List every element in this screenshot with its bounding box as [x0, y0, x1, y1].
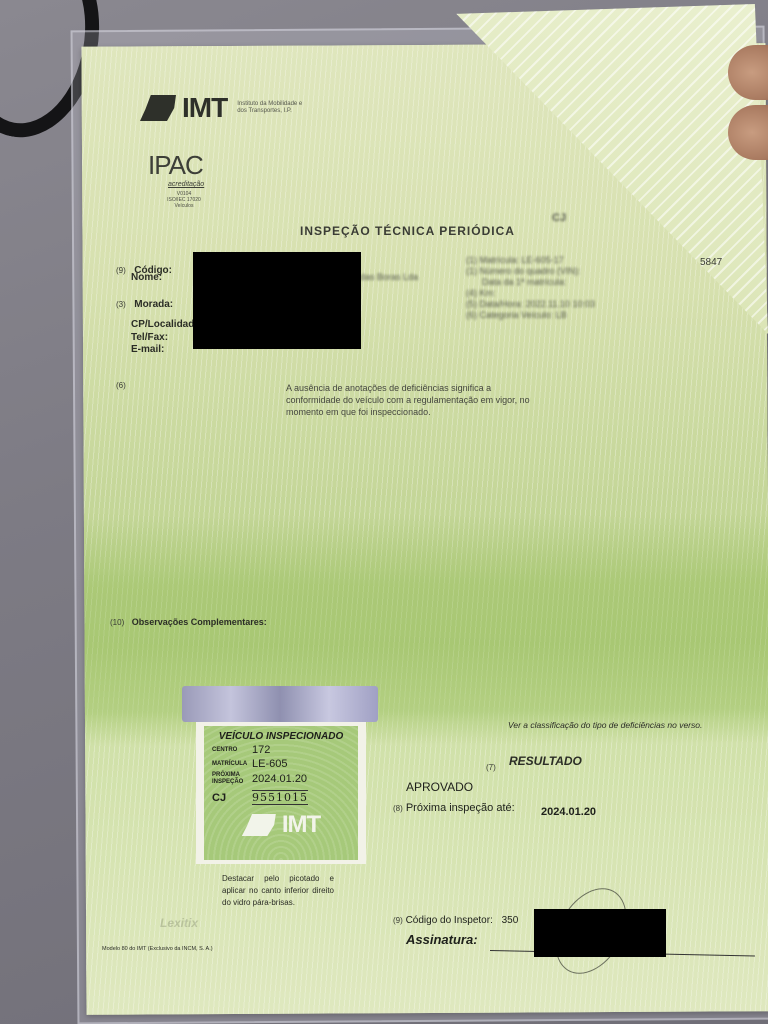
field-number: (10) [110, 618, 124, 627]
owner-field-tel-fax: Tel/Fax: [131, 332, 168, 343]
sticker-key: CENTRO [212, 747, 246, 754]
result-heading: RESULTADO [509, 754, 582, 768]
line-value: LB [556, 310, 567, 320]
imt-logo: IMT Instituto da Mobilidade e dos Transp… [140, 92, 307, 124]
vin-tail: 5847 [700, 257, 722, 268]
vehicle-details: (1) Matrícula: LE-605-17 (1) Número do q… [466, 255, 595, 321]
vehicle-line: (1) Número do quadro (VIN): [466, 266, 595, 277]
watermark: Lexitix [160, 916, 198, 930]
inspector-code-value: 350 [502, 915, 519, 926]
sticker-key: CJ [212, 792, 246, 804]
sticker-key-line: PRÓXIMA [212, 772, 240, 778]
sticker-row-centro: CENTRO 172 [212, 744, 350, 756]
ipac-code: Veículos [164, 203, 204, 209]
ipac-accreditation-logo: IPAC acreditação V0104 ISO/IEC 17020 Veí… [148, 150, 218, 209]
sticker-key-line: INSPEÇÃO [212, 779, 243, 785]
next-inspection-date: 2024.01.20 [541, 806, 596, 818]
field-label: Morada: [134, 299, 173, 310]
line-value: 2022.11.10 10:03 [526, 299, 595, 309]
redaction-box-owner [193, 252, 361, 349]
line-number: (1) [466, 266, 477, 276]
sticker-value: LE-605 [252, 758, 287, 770]
line-label: Número do quadro (VIN): [480, 266, 581, 276]
hologram-strip [182, 686, 378, 722]
imt-logo-subtitle: Instituto da Mobilidade e dos Transporte… [237, 101, 307, 115]
imt-logo-word: IMT [182, 92, 227, 124]
vehicle-line: Data da 1ª matrícula: [466, 277, 595, 288]
field-number: (9) [116, 266, 126, 275]
line-label: Data da 1ª matrícula: [482, 277, 566, 287]
line-number: (6) [466, 310, 477, 320]
sticker-value: 172 [252, 744, 270, 756]
line-number: (1) [466, 255, 477, 265]
owner-field-cp-localidade: CP/Localidade [131, 319, 200, 330]
deficiencies-number: (6) [116, 381, 126, 390]
owner-field-morada: (3) Morada: [116, 294, 173, 312]
result-number: (7) [486, 763, 496, 772]
field-number: (8) [393, 804, 403, 813]
vehicle-line: (4) Km: [466, 288, 595, 299]
line-value: LE-605-17 [522, 255, 564, 265]
field-label: Próxima inspeção até: [406, 802, 515, 814]
owner-name-partial: das Boras Lda [360, 272, 418, 282]
imt-logo-icon [242, 814, 276, 836]
sticker-logo-word: IMT [282, 811, 320, 839]
line-number: (5) [466, 299, 477, 309]
sticker-row-proxima: PRÓXIMAINSPEÇÃO 2024.01.20 [212, 772, 350, 786]
field-label: Observações Complementares: [132, 617, 267, 627]
ipac-codes: V0104 ISO/IEC 17020 Veículos [164, 191, 204, 209]
deficiencies-notice: A ausência de anotações de deficiências … [286, 382, 536, 418]
sticker-key: MATRÍCULA [212, 761, 246, 768]
sticker-serial: 9551015 [252, 790, 308, 805]
owner-field-nome: Nome: [131, 272, 162, 283]
vehicle-line: (5) Data/Hora: 2022.11.10 10:03 [466, 299, 595, 310]
owner-field-email: E-mail: [131, 344, 164, 355]
redaction-box-inspector [534, 909, 666, 957]
form-model-footer: Modelo 80 do IMT (Exclusivo da INCM, S. … [102, 946, 213, 952]
observations-field: (10) Observações Complementares: [110, 612, 267, 630]
sticker-imt-logo: IMT [212, 811, 350, 839]
field-number: (3) [116, 300, 126, 309]
sticker-row-matricula: MATRÍCULA LE-605 [212, 758, 350, 770]
inspector-code: (9) Código do Inspetor: 350 [393, 915, 518, 926]
imt-logo-icon [140, 95, 176, 121]
ipac-logo-subtitle: acreditação [168, 181, 218, 188]
vehicle-line: (1) Matrícula: LE-605-17 [466, 255, 595, 266]
field-number: (9) [393, 916, 403, 925]
inspection-sticker: VEÍCULO INSPECIONADO CENTRO 172 MATRÍCUL… [196, 722, 366, 864]
document-title: INSPEÇÃO TÉCNICA PERIÓDICA [300, 224, 515, 238]
line-label: Data/Hora: [480, 299, 524, 309]
vehicle-line: (6) Categoria Veículo: LB [466, 310, 595, 321]
line-label: Categoria Veículo: [480, 310, 554, 320]
line-label: Km: [480, 288, 496, 298]
line-label: Matrícula: [480, 255, 520, 265]
line-number: (4) [466, 288, 477, 298]
sticker-value: 2024.01.20 [252, 773, 307, 785]
next-inspection-label: (8) Próxima inspeção até: [393, 802, 515, 814]
sticker-instructions: Destacar pelo picotado e aplicar no cant… [222, 873, 334, 909]
verso-note: Ver a classificação do tipo de deficiênc… [508, 720, 702, 730]
result-value: APROVADO [406, 780, 473, 794]
title-cj-number: CJ [552, 212, 566, 224]
signature-label: Assinatura: [406, 932, 478, 947]
sticker-title: VEÍCULO INSPECIONADO [212, 731, 350, 742]
ipac-logo-word: IPAC [148, 150, 218, 181]
sticker-row-cj: CJ 9551015 [212, 790, 350, 805]
field-label: Código do Inspetor: [406, 915, 493, 926]
sticker-key: PRÓXIMAINSPEÇÃO [212, 772, 246, 786]
